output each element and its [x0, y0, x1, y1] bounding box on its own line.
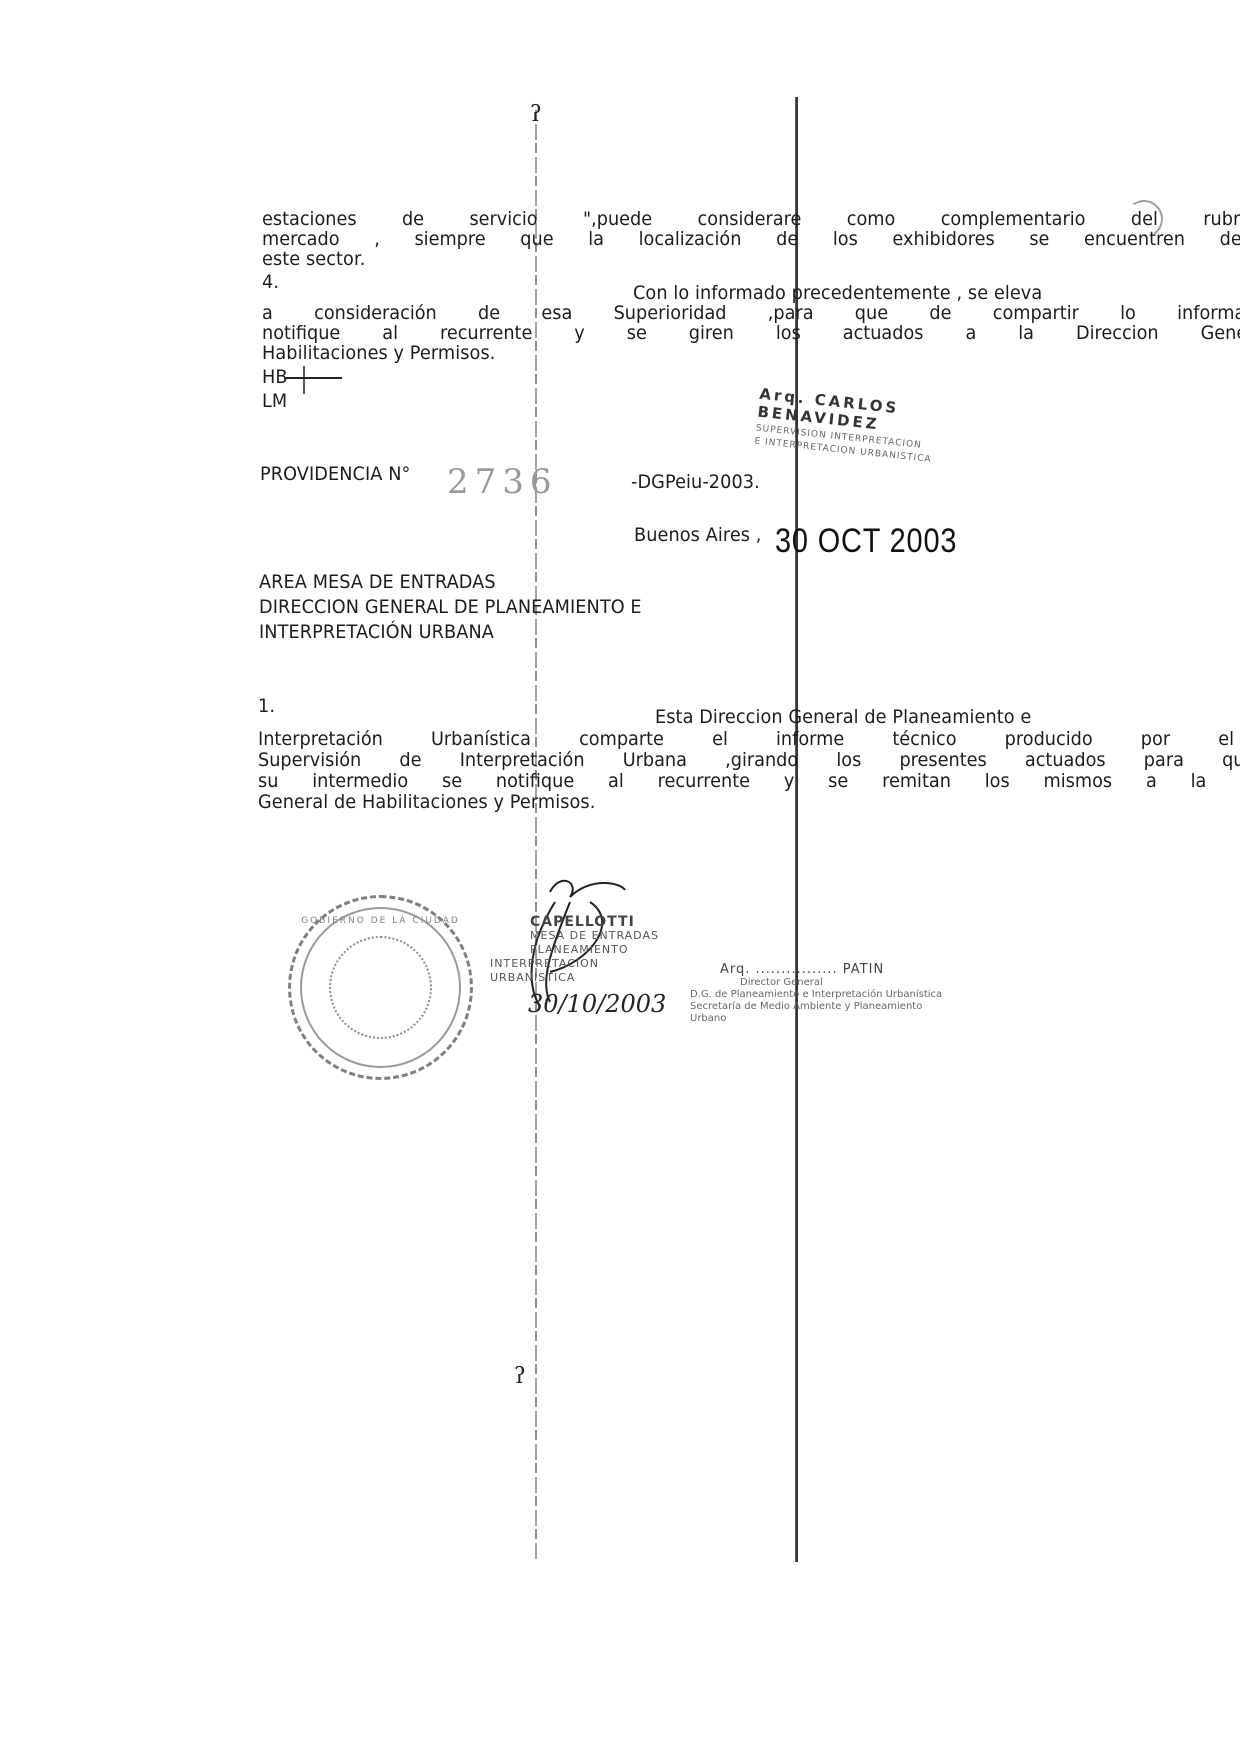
item-1-last-line: General de Habilitaciones y Permisos.: [258, 793, 595, 812]
sig-stamp-line-2: MESA DE ENTRADAS: [480, 929, 680, 943]
director-stamp: Arq. ................ PATIN Director Gen…: [690, 962, 960, 1025]
item-4-number: 4.: [262, 273, 279, 292]
initials-flourish-icon: [282, 364, 352, 404]
stamp-carlos-benavidez: Arq. CARLOS BENAVIDEZ SUPERVISION INTERP…: [751, 385, 1019, 502]
sig-stamp-line-4: INTERPRETACION URBANISTICA: [480, 957, 680, 985]
item-4-last-line: Habilitaciones y Permisos.: [262, 344, 495, 363]
date-stamp: 30 OCT 2003: [775, 522, 957, 561]
paragraph-3-line-1: estaciones de servicio ",puede considera…: [262, 210, 1240, 230]
item-4-lead: Con lo informado precedentemente , se el…: [633, 284, 1042, 303]
staple-hook-mark-top: ʔ: [530, 102, 542, 127]
official-seal: GOBIERNO DE LA CIUDAD: [288, 895, 473, 1080]
place-label: Buenos Aires ,: [634, 526, 762, 545]
addressee-line-1: AREA MESA DE ENTRADAS: [259, 573, 496, 592]
item-1-line-3: su intermedio se notifique al recurrente…: [258, 772, 1240, 792]
director-name: Arq. ................ PATIN: [690, 962, 960, 977]
item-1-lead: Esta Direccion General de Planeamiento e: [655, 708, 1031, 727]
seal-ring-text: GOBIERNO DE LA CIUDAD: [291, 916, 470, 926]
item-1-number: 1.: [258, 697, 275, 716]
item-4-line-2: notifique al recurrente y se giren los a…: [262, 324, 1240, 344]
director-title: Director General: [690, 977, 960, 989]
sig-stamp-line-3: PLANEAMIENTO: [480, 943, 680, 957]
providencia-number-stamp: 2736: [447, 462, 558, 502]
addressee-line-3: INTERPRETACIÓN URBANA: [259, 623, 494, 642]
item-1-line-1: Interpretación Urbanística comparte el i…: [258, 730, 1240, 750]
director-secretariat: Secretaría de Medio Ambiente y Planeamie…: [690, 1001, 960, 1025]
addressee-line-2: DIRECCION GENERAL DE PLANEAMIENTO E: [259, 598, 642, 617]
mesa-entradas-stamp: CAPELLOTTI MESA DE ENTRADAS PLANEAMIENTO…: [480, 915, 680, 985]
paragraph-3-line-2: mercado , siempre que la localización de…: [262, 230, 1240, 250]
staple-hook-mark-bottom: ʔ: [514, 1364, 526, 1389]
initials-lm: LM: [262, 392, 287, 411]
providencia-suffix: -DGPeiu-2003.: [631, 473, 760, 492]
document-page: ʔ ʔ estaciones de servicio ",puede consi…: [0, 0, 1240, 1754]
director-department: D.G. de Planeamiento e Interpretación Ur…: [690, 989, 960, 1001]
seal-emblem-icon: [329, 936, 432, 1039]
paragraph-3-line-3: este sector.: [262, 250, 365, 269]
item-1-line-2: Supervisión de Interpretación Urbana ,gi…: [258, 751, 1240, 771]
handwritten-date: 30/10/2003: [528, 990, 666, 1018]
providencia-label: PROVIDENCIA N°: [260, 465, 410, 484]
sig-stamp-line-1: CAPELLOTTI: [480, 915, 680, 929]
item-4-line-1: a consideración de esa Superioridad ,par…: [262, 304, 1240, 324]
